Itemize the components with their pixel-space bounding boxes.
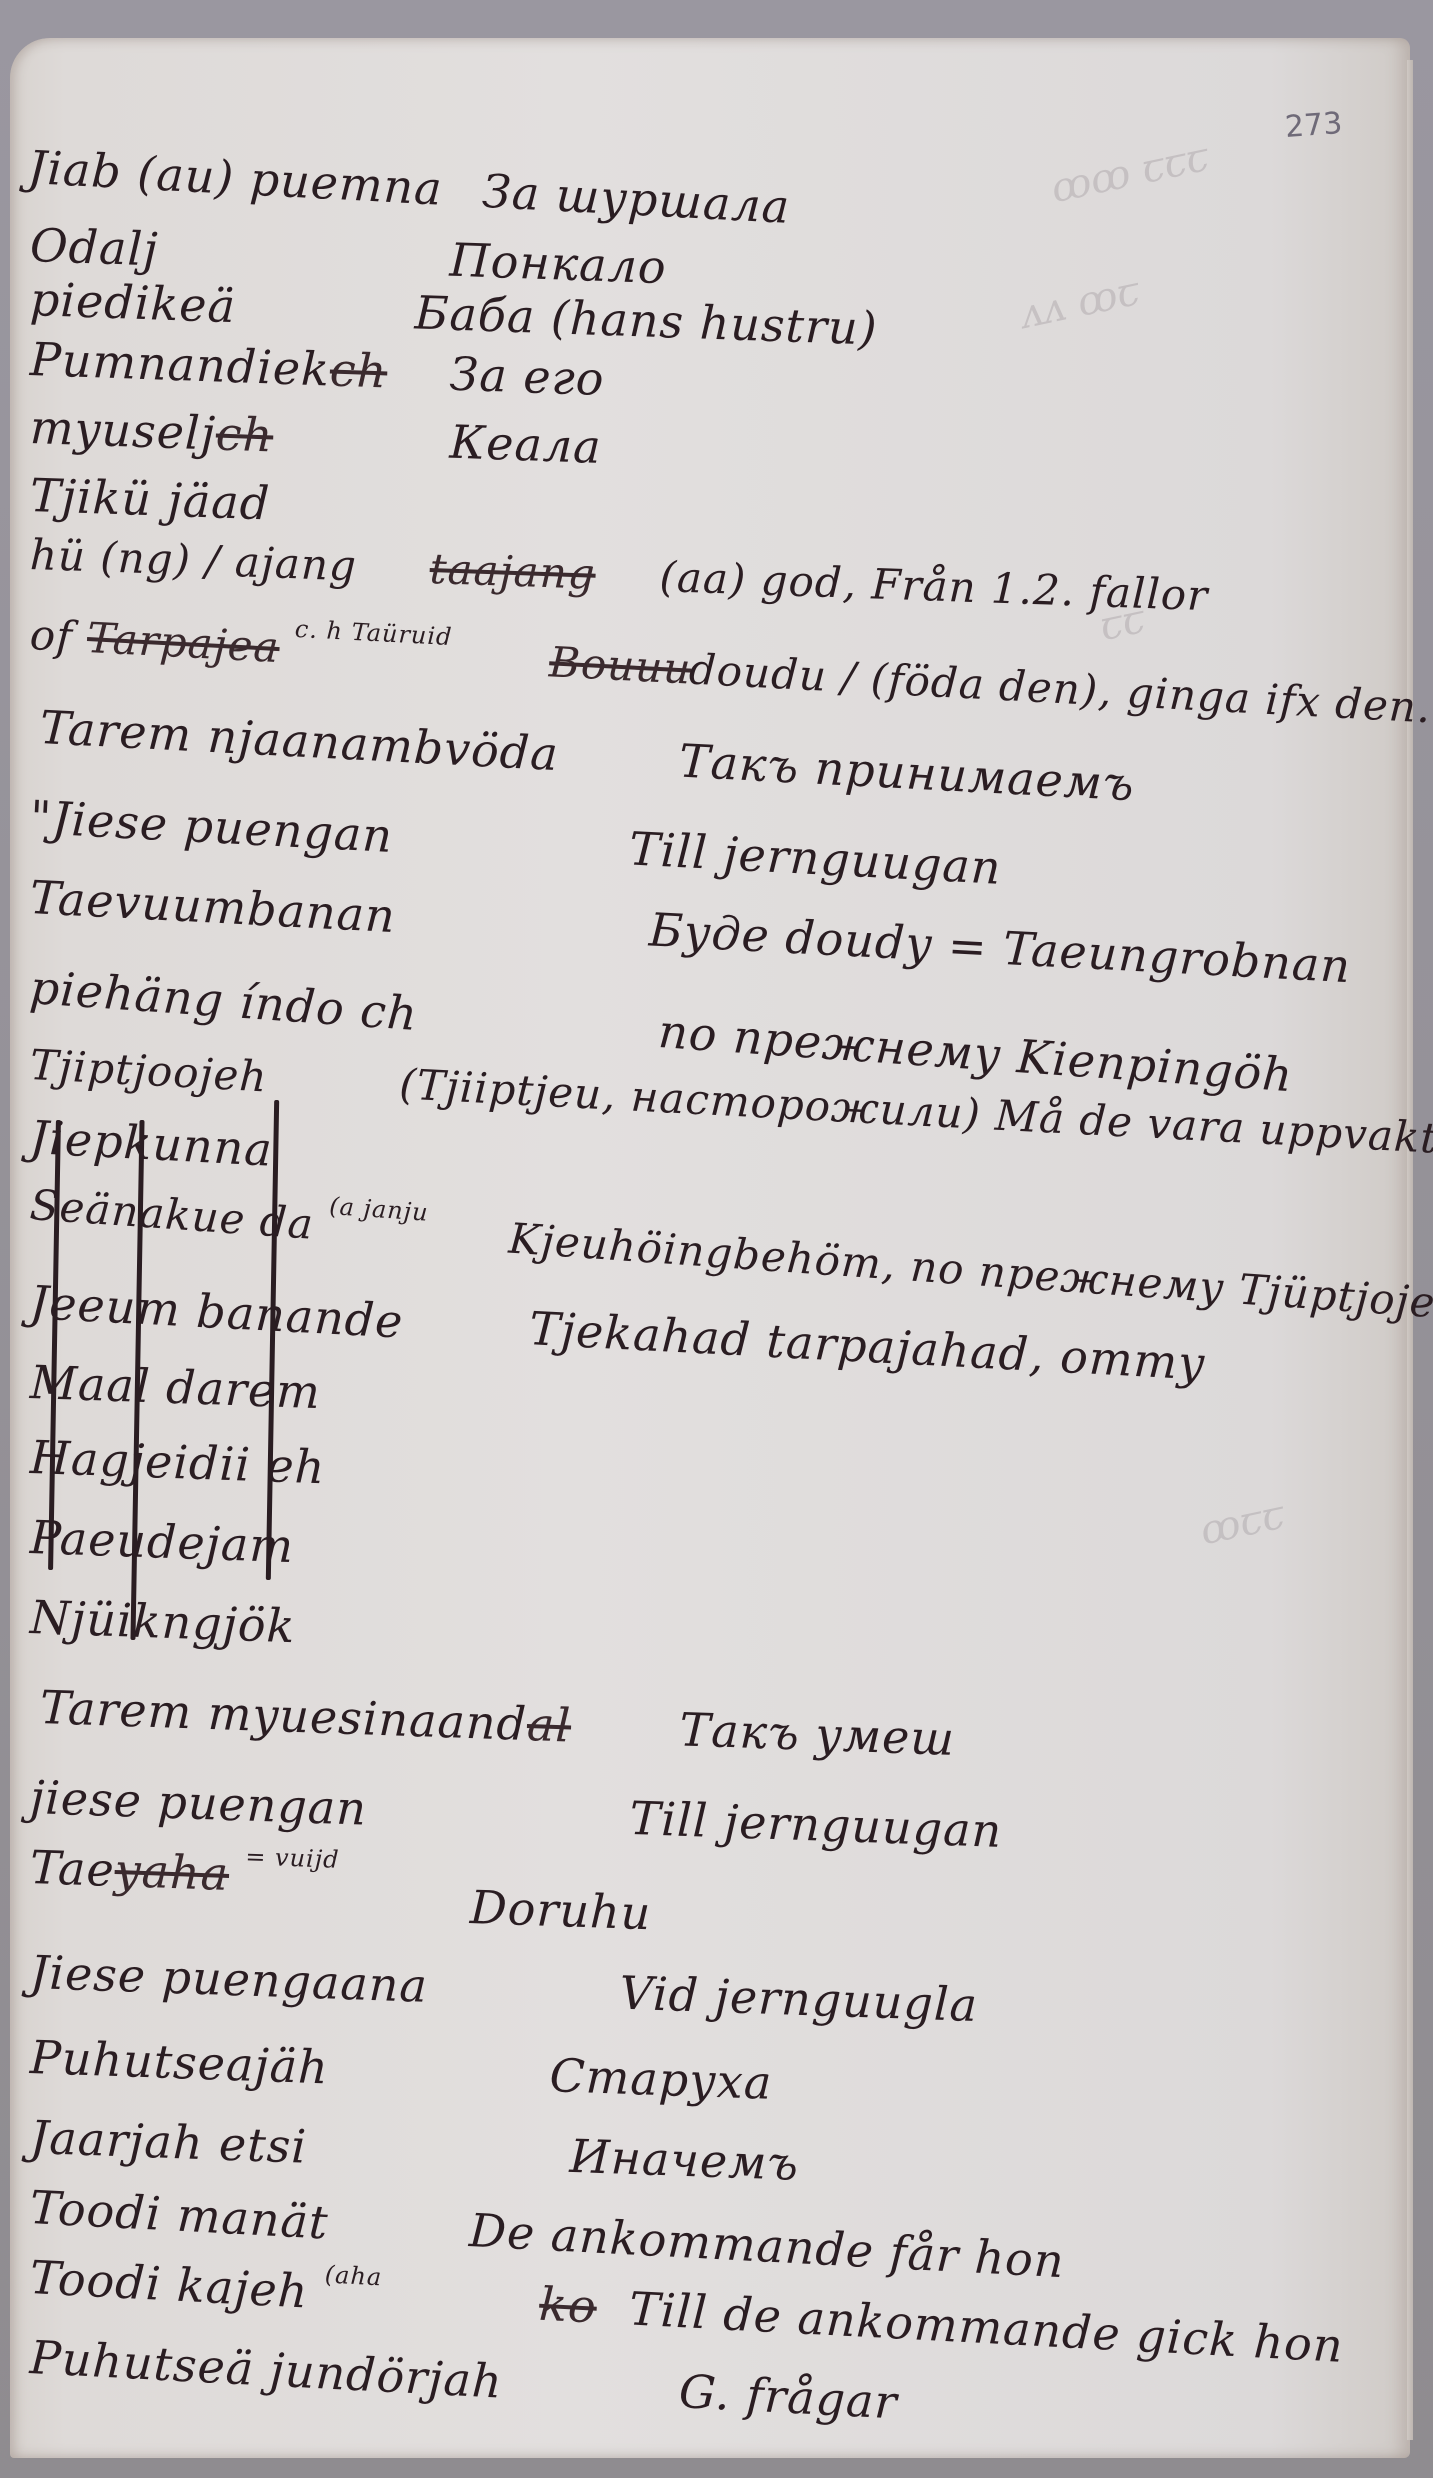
entry-row: Maal darem [29, 1355, 322, 1419]
entry-right: Понкало [449, 233, 668, 295]
entry-right: G. frågar [678, 2364, 899, 2429]
entry-row: Puhutseajäh Старуха [29, 2030, 330, 2094]
entry-right: Кеала [449, 415, 603, 474]
entry-left: Maal darem [29, 1355, 322, 1419]
entry-left: Tjikü jäad [29, 468, 271, 530]
entry-left: Puhutseajäh [29, 2030, 330, 2094]
deleted-text: taajang [429, 544, 597, 599]
entry-row: piedikeä Баба (hans hustru) [29, 272, 237, 333]
page-number: 273 [1284, 106, 1344, 145]
entry-row: Taeyaha = vuijd [29, 1840, 340, 1905]
entry-right: Doruhu [469, 1880, 652, 1940]
entry-row: Doruhu [469, 1880, 652, 1940]
entry-right: Старуха [549, 2048, 773, 2110]
deleted-text: ch [215, 407, 274, 463]
entry-left: Tae [29, 1840, 116, 1897]
entry-right: Иначемъ [569, 2129, 800, 2191]
entry-row: Odalj Понкало [29, 218, 159, 276]
deleted-text: al [526, 1697, 572, 1753]
interlinear-insertion: = vuijd [245, 1843, 340, 1874]
entry-left: Pumnandiek [29, 332, 331, 396]
entry-row: Jaarjah etsi Иначемъ [29, 2110, 308, 2174]
entry-right: Такъ умеш [679, 1702, 956, 1766]
page-edge [1407, 60, 1413, 2440]
deleted-text: ko [538, 2277, 598, 2334]
entry-row: Paeudejam [29, 1510, 295, 1573]
interlinear-insertion: (aha [324, 2260, 383, 2291]
entry-left: myuselj [29, 400, 217, 460]
entry-left: Jaarjah etsi [29, 2110, 308, 2174]
entry-row: Hagjeidii eh [29, 1430, 326, 1494]
entry-row: Tjikü jäad [29, 468, 271, 530]
entry-left: Paeudejam [29, 1510, 295, 1573]
entry-right: За его [449, 347, 606, 406]
deleted-text: yaha [114, 1843, 230, 1901]
deleted-text: Bouuu [548, 637, 693, 693]
interlinear-insertion: (a janju [328, 1192, 429, 1227]
deleted-text: Tarpajea [86, 613, 281, 672]
entry-left: of [29, 610, 74, 661]
deleted-text: ch [329, 342, 388, 398]
entry-left: Njüikngjök [29, 1590, 296, 1653]
entry-left: Hagjeidii eh [29, 1430, 326, 1494]
entry-row: myuseljch Кеала [29, 400, 274, 462]
entry-row: Njüikngjök [29, 1590, 296, 1653]
entry-left: Odalj [29, 218, 159, 276]
entry-left: piedikeä [29, 272, 237, 333]
